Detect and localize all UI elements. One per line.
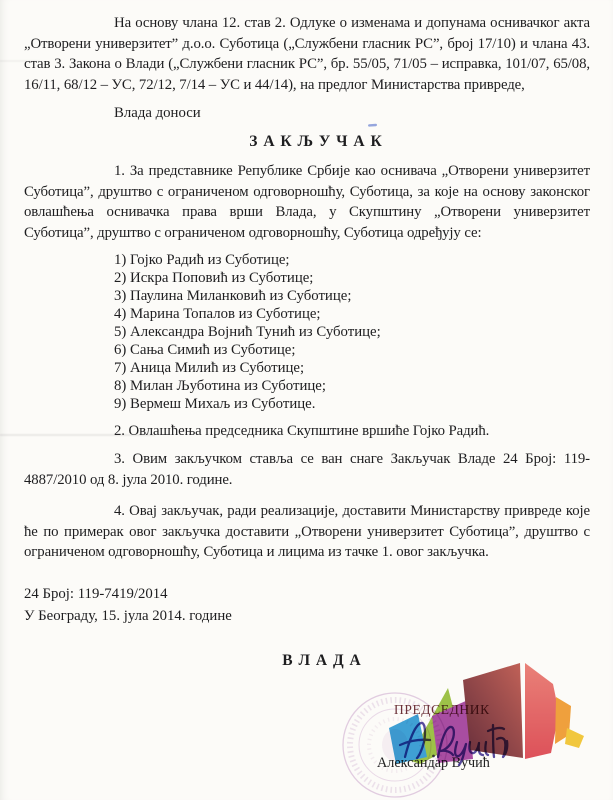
scan-artifact [0, 60, 40, 62]
appointee-item: 4) Марина Топалов из Суботице; [114, 306, 590, 324]
intro-paragraph: На основу члана 12. став 2. Одлуке о изм… [24, 13, 590, 95]
appointee-item: 6) Сања Симић из Суботице; [114, 342, 590, 360]
enacting-clause: Влада доноси [24, 103, 590, 124]
appointee-item: 2) Искра Поповић из Суботице; [114, 270, 590, 288]
appointee-item: 9) Вермеш Михаљ из Суботице. [114, 396, 590, 414]
document-title: З А К Љ У Ч А К [24, 131, 590, 153]
appointee-item: 5) Александра Војнић Тунић из Суботице; [114, 324, 590, 342]
reference-block: 24 Број: 119-7419/2014 У Београду, 15. ј… [24, 584, 590, 627]
colorful-fan-logo-watermark [385, 655, 590, 770]
appointee-item: 3) Паулина Миланковић из Суботице; [114, 288, 590, 306]
scanned-document-page: На основу члана 12. став 2. Одлуке о изм… [0, 0, 613, 800]
logo-maroon-blade [463, 663, 523, 758]
appointee-item: 7) Аница Милић из Суботице; [114, 360, 590, 378]
point-2-paragraph: 2. Овлашћења председника Скупштине вршић… [24, 421, 590, 442]
document-body: На основу члана 12. став 2. Одлуке о изм… [0, 0, 613, 671]
point-4-paragraph: 4. Овај закључак, ради реализације, дост… [24, 501, 590, 563]
reference-number: 24 Број: 119-7419/2014 [24, 584, 590, 606]
logo-yellow-blade [565, 728, 584, 748]
logo-red-blade [525, 663, 559, 759]
pen-mark [367, 122, 379, 128]
appointee-list: 1) Гојко Радић из Суботице; 2) Искра Поп… [24, 252, 590, 413]
appointee-item: 8) Милан Љуботина из Суботице; [114, 378, 590, 396]
point-1-paragraph: 1. За представнике Републике Србије као … [24, 161, 590, 243]
place-and-date: У Београду, 15. јула 2014. године [24, 606, 590, 628]
logo-blue-blade [389, 714, 427, 764]
point-3-paragraph: 3. Овим закључком ставља се ван снаге За… [24, 449, 590, 490]
scan-artifact [0, 434, 155, 436]
appointee-item: 1) Гојко Радић из Суботице; [114, 252, 590, 270]
